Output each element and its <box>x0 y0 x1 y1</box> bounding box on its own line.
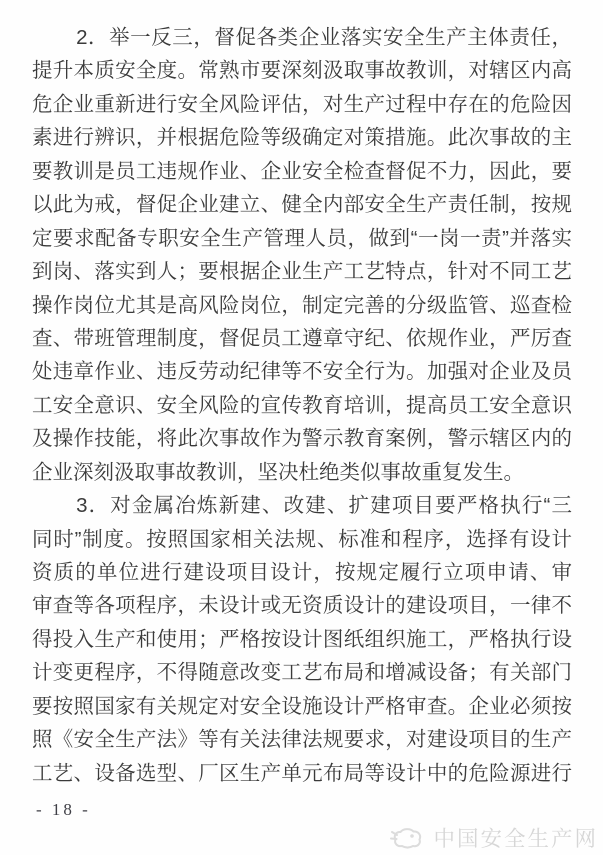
text-line: 危企业重新进行安全风险评估，对生产过程中存在的危险因 <box>32 88 572 121</box>
document-page: 2．举一反三，督促各类企业落实安全生产主体责任， 提升本质安全度。常熟市要深刻汲… <box>0 0 603 855</box>
text-line: 及操作技能，将此次事故作为警示教育案例，警示辖区内的 <box>32 422 572 455</box>
text-line: 素进行辨识，并根据危险等级确定对策措施。此次事故的主 <box>32 121 572 154</box>
text-line: 计变更程序，不得随意改变工艺布局和增减设备；有关部门 <box>32 656 572 689</box>
footer-page-number: - 18 - <box>36 800 91 820</box>
text-line: 查、带班管理制度，督促员工遵章守纪、依规作业，严厉查 <box>32 322 572 355</box>
text-line: 操作岗位尤其是高风险岗位，制定完善的分级监管、巡查检 <box>32 289 572 322</box>
text-line: 要教训是员工违规作业、企业安全检查督促不力，因此，要 <box>32 155 572 188</box>
text-line: 资质的单位进行建设项目设计，按规定履行立项申请、审批、 <box>32 556 572 589</box>
text-line: 到岗、落实到人；要根据企业生产工艺特点，针对不同工艺 <box>32 255 572 288</box>
text-line: 工安全意识、安全风险的宣传教育培训，提高员工安全意识 <box>32 389 572 422</box>
text-line: 审查等各项程序，未设计或无资质设计的建设项目，一律不 <box>32 589 572 622</box>
text-line: 照《安全生产法》等有关法律法规要求，对建设项目的生产 <box>32 723 572 756</box>
text-line: 提升本质安全度。常熟市要深刻汲取事故教训，对辖区内高 <box>32 54 572 87</box>
text-line: 2．举一反三，督促各类企业落实安全生产主体责任， <box>32 21 572 54</box>
text-line-paragraph-end: 企业深刻汲取事故教训，坚决杜绝类似事故重复发生。 <box>32 456 572 489</box>
text-line: 以此为戒，督促企业建立、健全内部安全生产责任制，按规 <box>32 188 572 221</box>
text-line: 定要求配备专职安全生产管理人员，做到“一岗一责”并落实 <box>32 222 572 255</box>
document-text-block: 2．举一反三，督促各类企业落实安全生产主体责任， 提升本质安全度。常熟市要深刻汲… <box>32 21 572 790</box>
text-line: 3．对金属冶炼新建、改建、扩建项目要严格执行“三 <box>32 489 572 522</box>
text-line: 工艺、设备选型、厂区生产单元布局等设计中的危险源进行 <box>32 757 572 790</box>
text-line: 处违章作业、违反劳动纪律等不安全行为。加强对企业及员 <box>32 355 572 388</box>
watermark: 中国安全生产网 <box>390 822 598 853</box>
text-line: 同时”制度。按照国家相关法规、标准和程序，选择有设计 <box>32 523 572 556</box>
watermark-text: 中国安全生产网 <box>433 822 598 853</box>
text-line: 要按照国家有关规定对安全设施设计严格审查。企业必须按 <box>32 690 572 723</box>
panda-logo-icon <box>390 823 426 852</box>
text-line: 得投入生产和使用；严格按设计图纸组织施工，严格执行设 <box>32 623 572 656</box>
